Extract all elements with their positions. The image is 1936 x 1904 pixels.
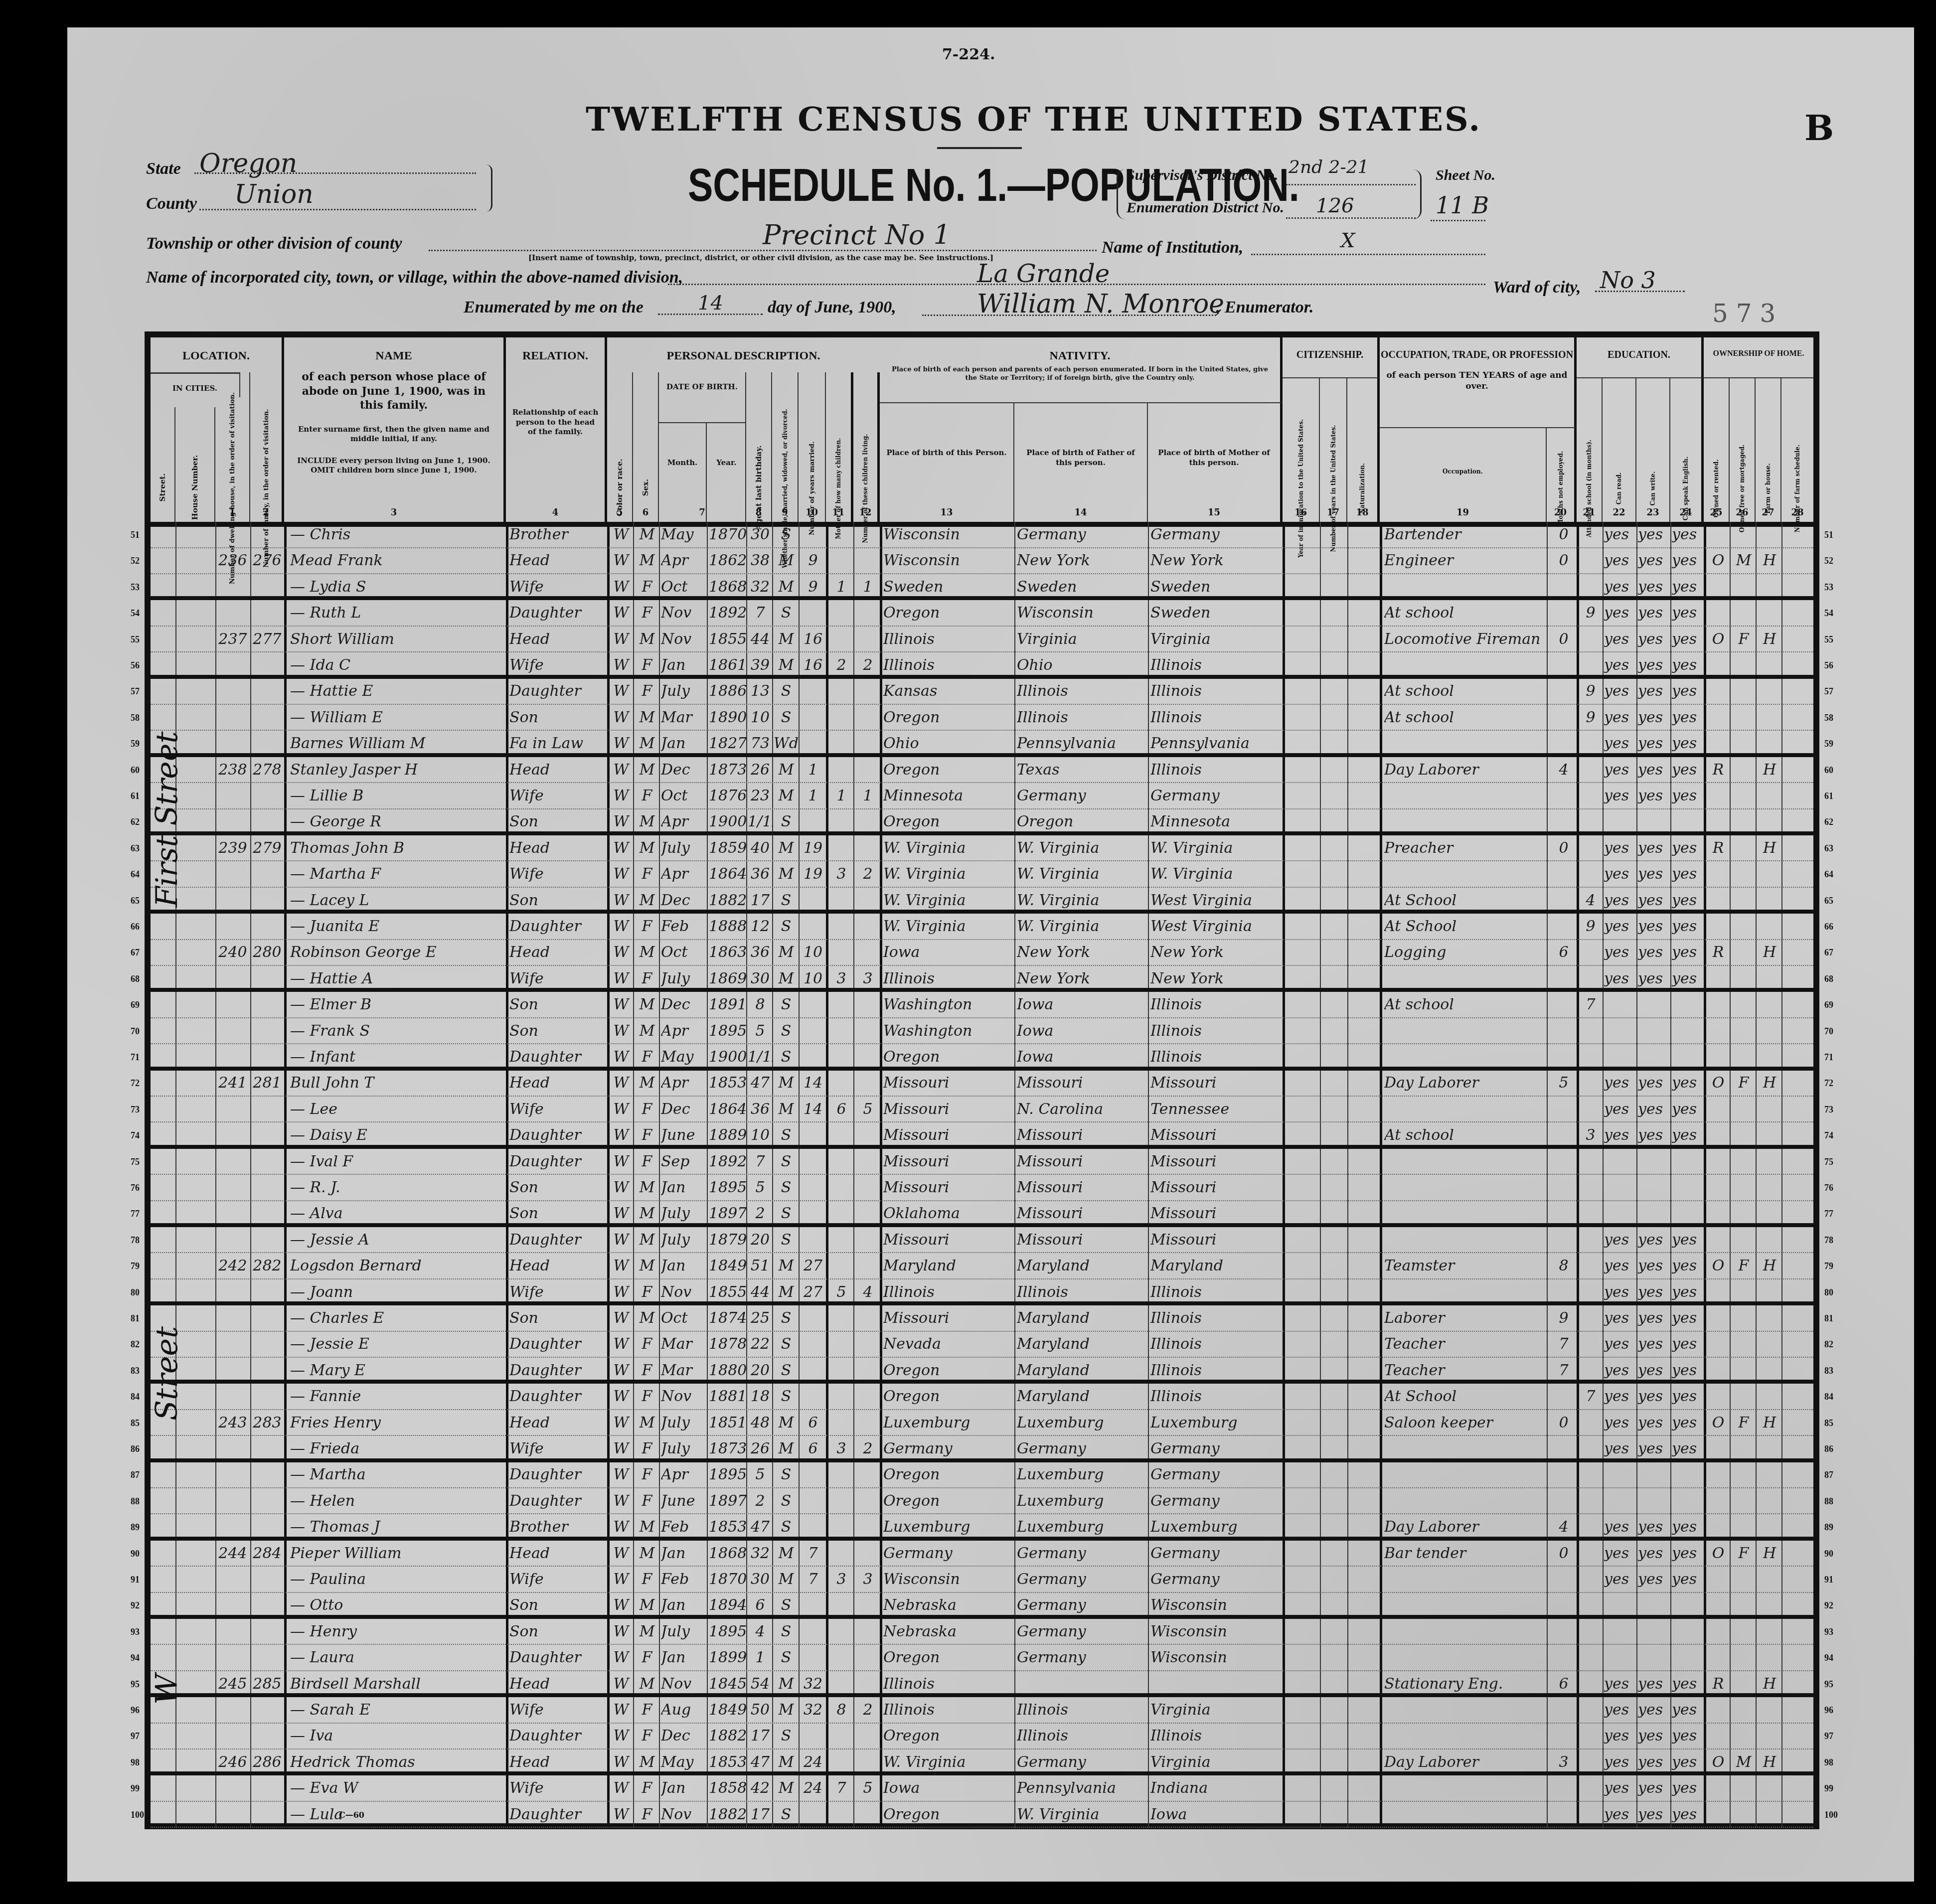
cell-sex: M	[635, 992, 659, 1017]
cell-dwelling-number	[215, 574, 250, 597]
cell-birth-year: 1853	[709, 1514, 746, 1537]
cell-free-mortgaged	[1732, 1619, 1755, 1644]
cell-color: W	[609, 731, 633, 753]
cell-birthplace-father: Pennsylvania	[1017, 1775, 1147, 1801]
cell-birthplace-mother: Sweden	[1150, 574, 1281, 597]
line-number-right: 88	[1824, 1496, 1833, 1507]
cell-can-speak	[1672, 1488, 1704, 1514]
cell-marital-status: M	[774, 835, 799, 861]
cell-children-living: 3	[856, 1567, 879, 1592]
cell-birthplace-person: Oregon	[883, 809, 1014, 831]
cell-birth-month: Apr	[661, 809, 707, 831]
cell-children-living	[856, 1070, 879, 1096]
cell-family-number	[250, 678, 284, 704]
cell-sex: M	[635, 1619, 659, 1644]
cell-sex: F	[635, 600, 659, 626]
cell-sex: M	[635, 627, 659, 652]
cell-person-name: Fries Henry	[290, 1410, 504, 1435]
cell-person-name: Bull John T	[290, 1070, 504, 1096]
cell-children-living: 2	[856, 1697, 879, 1723]
cell-mother-of	[829, 1749, 853, 1772]
cell-attended-school: 7	[1579, 992, 1602, 1017]
cell-farm-house	[1758, 1201, 1781, 1223]
cell-birth-year: 1895	[709, 1018, 746, 1044]
line-number-right: 76	[1824, 1183, 1833, 1193]
cell-marital-status: S	[774, 1305, 799, 1331]
cell-birthplace-mother: Missouri	[1150, 1201, 1281, 1223]
cell-occupation	[1384, 1488, 1546, 1514]
cell-birthplace-mother: Illinois	[1150, 652, 1281, 675]
cell-attended-school: 7	[1579, 1384, 1602, 1409]
cell-owned-rented: R	[1707, 757, 1730, 783]
cell-marital-status: M	[774, 1671, 799, 1694]
cell-mother-of	[829, 888, 853, 910]
line-number-right: 83	[1824, 1366, 1833, 1376]
cell-months-unemployed	[1551, 1384, 1576, 1409]
cell-attended-school	[1579, 1044, 1602, 1067]
table-row: — Mary EDaughterWFMar188020SOregonMaryla…	[151, 1358, 1813, 1384]
cell-marital-status: S	[774, 809, 799, 831]
cell-family-number	[250, 809, 284, 831]
cell-birth-year: 1853	[709, 1070, 746, 1096]
cell-sex: F	[635, 783, 659, 808]
cell-birth-month: Apr	[661, 1018, 707, 1044]
cell-children-living	[856, 757, 879, 783]
line-number-left: 68	[131, 974, 140, 984]
cell-can-read: yes	[1604, 888, 1636, 910]
cell-birthplace-person: W. Virginia	[883, 914, 1014, 939]
cell-birth-year: 1888	[709, 914, 746, 939]
cell-free-mortgaged	[1732, 1462, 1755, 1487]
cell-can-speak: yes	[1672, 627, 1704, 652]
cell-relation: Daughter	[509, 678, 607, 704]
line-number-left: 87	[131, 1470, 140, 1480]
cell-can-read: yes	[1604, 1749, 1636, 1772]
cell-relation: Daughter	[509, 1331, 607, 1357]
cell-months-unemployed	[1551, 1619, 1576, 1644]
cell-children-living: 2	[856, 652, 879, 675]
cell-owned-rented	[1707, 731, 1730, 753]
cell-farm-house	[1758, 1018, 1781, 1044]
table-row: — Thomas JBrotherWMFeb185347SLuxemburgLu…	[151, 1514, 1813, 1541]
cell-occupation	[1384, 1018, 1546, 1044]
cell-can-read: yes	[1604, 1723, 1636, 1748]
cell-birth-year: 1880	[709, 1358, 746, 1380]
cell-dwelling-number	[215, 1462, 250, 1487]
cell-owned-rented	[1707, 1044, 1730, 1067]
cell-attended-school	[1579, 574, 1602, 597]
cell-birth-month: Feb	[661, 914, 707, 939]
cell-can-write: yes	[1638, 1070, 1670, 1096]
table-row: 236276Mead FrankHeadWMApr186238M9Wiscons…	[151, 548, 1813, 574]
cell-birthplace-person: W. Virginia	[883, 1749, 1014, 1772]
cell-birthplace-father: New York	[1017, 966, 1147, 988]
cell-color: W	[609, 1723, 633, 1748]
cell-person-name: — Iva	[290, 1723, 504, 1748]
cell-years-married: 7	[801, 1567, 825, 1592]
cell-color: W	[609, 940, 633, 965]
table-row: — Elmer BSonWMDec18918SWashingtonIowaIll…	[151, 992, 1813, 1018]
cell-relation: Son	[509, 1018, 607, 1044]
cell-free-mortgaged: F	[1732, 627, 1755, 652]
cell-birthplace-mother: Illinois	[1150, 705, 1281, 730]
line-number-left: 59	[131, 739, 140, 749]
cell-free-mortgaged	[1732, 757, 1755, 783]
cell-can-speak: yes	[1672, 966, 1704, 988]
cell-birth-year: 1858	[709, 1775, 746, 1801]
cell-birthplace-person: Nebraska	[883, 1619, 1014, 1644]
cell-color: W	[609, 1279, 633, 1302]
cell-age: 25	[748, 1305, 773, 1331]
cell-mother-of	[829, 757, 853, 783]
cell-owned-rented	[1707, 1279, 1730, 1302]
cell-months-unemployed	[1551, 783, 1576, 808]
cell-mother-of	[829, 1802, 853, 1827]
cell-birthplace-person: Missouri	[883, 1227, 1014, 1253]
cell-children-living	[856, 1802, 879, 1827]
cell-birthplace-person: Missouri	[883, 1122, 1014, 1145]
cell-birth-year: 1849	[709, 1697, 746, 1723]
cell-dwelling-number	[215, 992, 250, 1017]
cell-person-name: — R. J.	[290, 1175, 504, 1200]
table-row: — Charles ESonWMOct187425SMissouriMaryla…	[151, 1305, 1813, 1332]
street-label-2: Street	[150, 1326, 184, 1421]
line-number-left: 99	[131, 1783, 140, 1794]
cell-birthplace-person: Oregon	[883, 757, 1014, 783]
cell-free-mortgaged	[1732, 1018, 1755, 1044]
cell-marital-status: S	[774, 1802, 799, 1827]
cell-occupation: Engineer	[1384, 548, 1546, 573]
cell-months-unemployed: 8	[1551, 1253, 1576, 1278]
cell-attended-school	[1579, 809, 1602, 831]
cell-free-mortgaged	[1732, 914, 1755, 939]
cell-free-mortgaged	[1732, 652, 1755, 675]
cell-can-write: yes	[1638, 1227, 1670, 1253]
cell-birthplace-mother: Missouri	[1150, 1122, 1281, 1145]
cell-color: W	[609, 652, 633, 675]
table-row: — Sarah EWifeWFAug184950M3282IllinoisIll…	[151, 1697, 1813, 1724]
cell-birthplace-person: W. Virginia	[883, 861, 1014, 887]
cell-age: 17	[748, 1802, 773, 1827]
cell-dwelling-number	[215, 914, 250, 939]
table-row: — LauraDaughterWFJan18991SOregonGermanyW…	[151, 1645, 1813, 1671]
cell-can-read: yes	[1604, 1671, 1636, 1694]
table-row: — Juanita EDaughterWFFeb188812SW. Virgin…	[151, 914, 1813, 940]
cell-dwelling-number	[215, 809, 250, 831]
cell-birthplace-person: Illinois	[883, 1697, 1014, 1723]
cell-occupation: Day Laborer	[1384, 1070, 1546, 1096]
cell-sex: M	[635, 888, 659, 910]
sex-col-header: Sex.6	[633, 372, 659, 522]
cell-birthplace-mother: Iowa	[1150, 1802, 1281, 1827]
children-living-col-header: Number of these children living.12	[853, 372, 880, 522]
cell-owned-rented	[1707, 1488, 1730, 1514]
cell-marital-status: S	[774, 888, 799, 910]
table-row: — Daisy EDaughterWFJune188910SMissouriMi…	[151, 1122, 1813, 1149]
cell-relation: Daughter	[509, 1802, 607, 1827]
cell-birthplace-father: N. Carolina	[1017, 1097, 1147, 1122]
cell-color: W	[609, 1488, 633, 1514]
cell-age: 10	[748, 705, 773, 730]
cell-sex: M	[635, 1070, 659, 1096]
cell-attended-school: 4	[1579, 888, 1602, 910]
cell-children-living	[856, 1488, 879, 1514]
cell-dwelling-number	[215, 1592, 250, 1615]
cell-sex: F	[635, 1331, 659, 1357]
cell-occupation	[1384, 1723, 1546, 1748]
cell-age: 36	[748, 1097, 773, 1122]
cell-dwelling-number	[215, 1201, 250, 1223]
cell-occupation	[1384, 783, 1546, 808]
cell-children-living: 1	[856, 574, 879, 597]
cell-marital-status: M	[774, 783, 799, 808]
cell-can-speak: yes	[1672, 1697, 1704, 1723]
enumerated-day: 14	[698, 292, 723, 315]
cell-birthplace-mother: New York	[1150, 548, 1281, 573]
years-in-us-col-header: Number of years in the United States.17	[1320, 377, 1347, 522]
farm-col-header: Farm or house.27	[1756, 377, 1781, 522]
line-number-left: 85	[131, 1418, 140, 1428]
cell-months-unemployed: 0	[1551, 522, 1576, 547]
cell-months-unemployed: 7	[1551, 1358, 1576, 1380]
cell-birth-year: 1882	[709, 1802, 746, 1827]
cell-children-living	[856, 705, 879, 730]
cell-attended-school	[1579, 1671, 1602, 1694]
cell-attended-school	[1579, 1749, 1602, 1772]
township-label: Township or other division of county	[146, 234, 402, 253]
read-col-header: Can read.22	[1603, 377, 1636, 522]
cell-years-married	[801, 522, 825, 547]
cell-birth-year: 1900	[709, 1044, 746, 1067]
cell-family-number	[250, 1514, 284, 1537]
cell-owned-rented	[1707, 1227, 1730, 1253]
cell-person-name: — Laura	[290, 1645, 504, 1670]
cell-birthplace-mother: Illinois	[1150, 1044, 1281, 1067]
cell-sex: F	[635, 1279, 659, 1302]
cell-occupation: Teacher	[1384, 1331, 1546, 1357]
cell-farm-house	[1758, 1697, 1781, 1723]
cell-free-mortgaged	[1732, 1671, 1755, 1694]
cell-can-speak	[1672, 1175, 1704, 1200]
cell-years-married: 14	[801, 1097, 825, 1122]
cell-birthplace-mother: New York	[1150, 940, 1281, 965]
cell-birth-year: 1859	[709, 835, 746, 861]
cell-birthplace-person: Oklahoma	[883, 1201, 1014, 1223]
cell-years-married: 19	[801, 835, 825, 861]
cell-marital-status: M	[774, 1070, 799, 1096]
cell-birthplace-person: Washington	[883, 1018, 1014, 1044]
cell-birthplace-father: Maryland	[1017, 1331, 1147, 1357]
write-col-header: Can write.23	[1636, 377, 1670, 522]
cell-birthplace-father: Maryland	[1017, 1253, 1147, 1278]
cell-family-number	[250, 1149, 284, 1174]
cell-relation: Fa in Law	[509, 731, 607, 753]
cell-can-write: yes	[1638, 627, 1670, 652]
cell-age: 51	[748, 1253, 773, 1278]
cell-sex: M	[635, 1749, 659, 1772]
enumerator-label: , Enumerator.	[1216, 298, 1314, 317]
cell-dwelling-number	[215, 1514, 250, 1537]
cell-mother-of	[829, 1070, 853, 1096]
cell-age: 73	[748, 731, 773, 753]
cell-birthplace-mother: Illinois	[1150, 1723, 1281, 1748]
cell-children-living	[856, 678, 879, 704]
line-number-left: 95	[131, 1679, 140, 1690]
line-number-left: 69	[131, 1000, 140, 1010]
cell-free-mortgaged	[1732, 705, 1755, 730]
cell-occupation	[1384, 1201, 1546, 1223]
table-row: 238278Stanley Jasper HHeadWMDec187326M1O…	[151, 757, 1813, 784]
cell-family-number	[250, 652, 284, 675]
cell-sex: M	[635, 1514, 659, 1537]
cell-family-number	[250, 1097, 284, 1122]
cell-marital-status: S	[774, 1384, 799, 1409]
cell-birth-month: Sep	[661, 1149, 707, 1174]
cell-marital-status: S	[774, 1592, 799, 1615]
cell-owned-rented: O	[1707, 627, 1730, 652]
cell-mother-of: 6	[829, 1097, 853, 1122]
cell-birthplace-mother: Luxemburg	[1150, 1410, 1281, 1435]
cell-children-living	[856, 1384, 879, 1409]
line-number-left: 71	[131, 1052, 140, 1063]
cell-can-write: yes	[1638, 783, 1670, 808]
cell-can-write: yes	[1638, 966, 1670, 988]
cell-can-speak	[1672, 1201, 1704, 1223]
cell-sex: M	[635, 1541, 659, 1566]
cell-attended-school	[1579, 1358, 1602, 1380]
enumerated-month-label: day of June, 1900,	[768, 298, 896, 317]
cell-age: 48	[748, 1410, 773, 1435]
cell-can-speak: yes	[1672, 1331, 1704, 1357]
cell-can-write: yes	[1638, 1358, 1670, 1380]
cell-owned-rented	[1707, 600, 1730, 626]
cell-attended-school	[1579, 1592, 1602, 1615]
cell-attended-school	[1579, 757, 1602, 783]
cell-children-living: 5	[856, 1097, 879, 1122]
cell-years-married	[801, 1122, 825, 1145]
line-number-left: 53	[131, 582, 140, 593]
cell-person-name: Stanley Jasper H	[290, 757, 504, 783]
cell-can-speak: yes	[1672, 1358, 1704, 1380]
cell-birth-year: 1855	[709, 627, 746, 652]
cell-birth-year: 1874	[709, 1305, 746, 1331]
cell-family-number	[250, 1122, 284, 1145]
line-number-left: 67	[131, 948, 140, 958]
cell-farm-house	[1758, 1723, 1781, 1748]
cell-relation: Daughter	[509, 1462, 607, 1487]
line-number-right: 69	[1824, 1000, 1833, 1010]
city-value: La Grande	[977, 259, 1110, 288]
cell-relation: Brother	[509, 522, 607, 547]
cell-age: 17	[748, 888, 773, 910]
cell-color: W	[609, 835, 633, 861]
cell-years-married	[801, 1201, 825, 1223]
cell-family-number	[250, 1044, 284, 1067]
cell-birth-year: 1882	[709, 1723, 746, 1748]
cell-birth-month: July	[661, 1619, 707, 1644]
cell-person-name: — Lula	[290, 1802, 504, 1827]
line-number-left: 58	[131, 713, 140, 723]
cell-mother-of	[829, 1410, 853, 1435]
cell-years-married	[801, 1488, 825, 1514]
cell-birthplace-person: Oregon	[883, 1488, 1014, 1514]
cell-owned-rented: O	[1707, 1749, 1730, 1772]
cell-farm-house: H	[1758, 1749, 1781, 1772]
cell-birthplace-father: Maryland	[1017, 1305, 1147, 1331]
cell-free-mortgaged: F	[1732, 1541, 1755, 1566]
cell-birthplace-person: Washington	[883, 992, 1014, 1017]
cell-can-speak: yes	[1672, 1802, 1704, 1827]
cell-months-unemployed	[1551, 992, 1576, 1017]
cell-birth-year: 1897	[709, 1488, 746, 1514]
cell-can-write: yes	[1638, 600, 1670, 626]
cell-attended-school	[1579, 1697, 1602, 1723]
cell-birthplace-person: W. Virginia	[883, 835, 1014, 861]
cell-person-name: — Thomas J	[290, 1514, 504, 1537]
cell-can-speak: yes	[1672, 1541, 1704, 1566]
cell-children-living	[856, 1305, 879, 1331]
supervisor-value: 2nd 2-21	[1289, 157, 1369, 177]
cell-birthplace-mother: Illinois	[1150, 992, 1281, 1017]
cell-can-read: yes	[1604, 522, 1636, 547]
cell-owned-rented	[1707, 809, 1730, 831]
cell-mother-of	[829, 1044, 853, 1067]
cell-farm-house: H	[1758, 835, 1781, 861]
cell-children-living: 1	[856, 783, 879, 808]
cell-attended-school	[1579, 1645, 1602, 1670]
cell-dwelling-number	[215, 1279, 250, 1302]
line-number-left: 62	[131, 817, 140, 827]
cell-birth-month: June	[661, 1122, 707, 1145]
cell-can-speak: yes	[1672, 1567, 1704, 1592]
cell-relation: Son	[509, 888, 607, 910]
cell-can-write	[1638, 1592, 1670, 1615]
cell-sex: F	[635, 1436, 659, 1458]
relation-header: RELATION. Relationship of each person to…	[506, 337, 607, 522]
line-number-left: 63	[131, 843, 140, 854]
cell-sex: M	[635, 835, 659, 861]
cell-mother-of	[829, 992, 853, 1017]
cell-birthplace-mother: Missouri	[1150, 1070, 1281, 1096]
cell-birthplace-mother: West Virginia	[1150, 888, 1281, 910]
cell-children-living	[856, 1592, 879, 1615]
cell-marital-status: M	[774, 574, 799, 597]
table-row: — JoannWifeWFNov185544M2754IllinoisIllin…	[151, 1279, 1813, 1306]
cell-can-speak: yes	[1672, 783, 1704, 808]
cell-years-married	[801, 1592, 825, 1615]
cell-owned-rented	[1707, 1645, 1730, 1670]
cell-relation: Head	[509, 940, 607, 965]
line-number-left: 75	[131, 1157, 140, 1167]
cell-dwelling-number	[215, 1149, 250, 1174]
line-number-left: 89	[131, 1522, 140, 1533]
cell-birthplace-mother: Wisconsin	[1150, 1619, 1281, 1644]
cell-marital-status: S	[774, 914, 799, 939]
cell-sex: F	[635, 914, 659, 939]
cell-occupation	[1384, 966, 1546, 988]
cell-can-speak: yes	[1672, 1671, 1704, 1694]
cell-can-read: yes	[1604, 731, 1636, 753]
cell-dwelling-number: 240	[215, 940, 250, 965]
cell-color: W	[609, 1541, 633, 1566]
cell-occupation	[1384, 1697, 1546, 1723]
cell-attended-school: 9	[1579, 678, 1602, 704]
cell-color: W	[609, 522, 633, 547]
cell-color: W	[609, 1749, 633, 1772]
cell-birthplace-mother: Illinois	[1150, 1384, 1281, 1409]
cell-sex: M	[635, 522, 659, 547]
cell-birthplace-person: Maryland	[883, 1253, 1014, 1278]
